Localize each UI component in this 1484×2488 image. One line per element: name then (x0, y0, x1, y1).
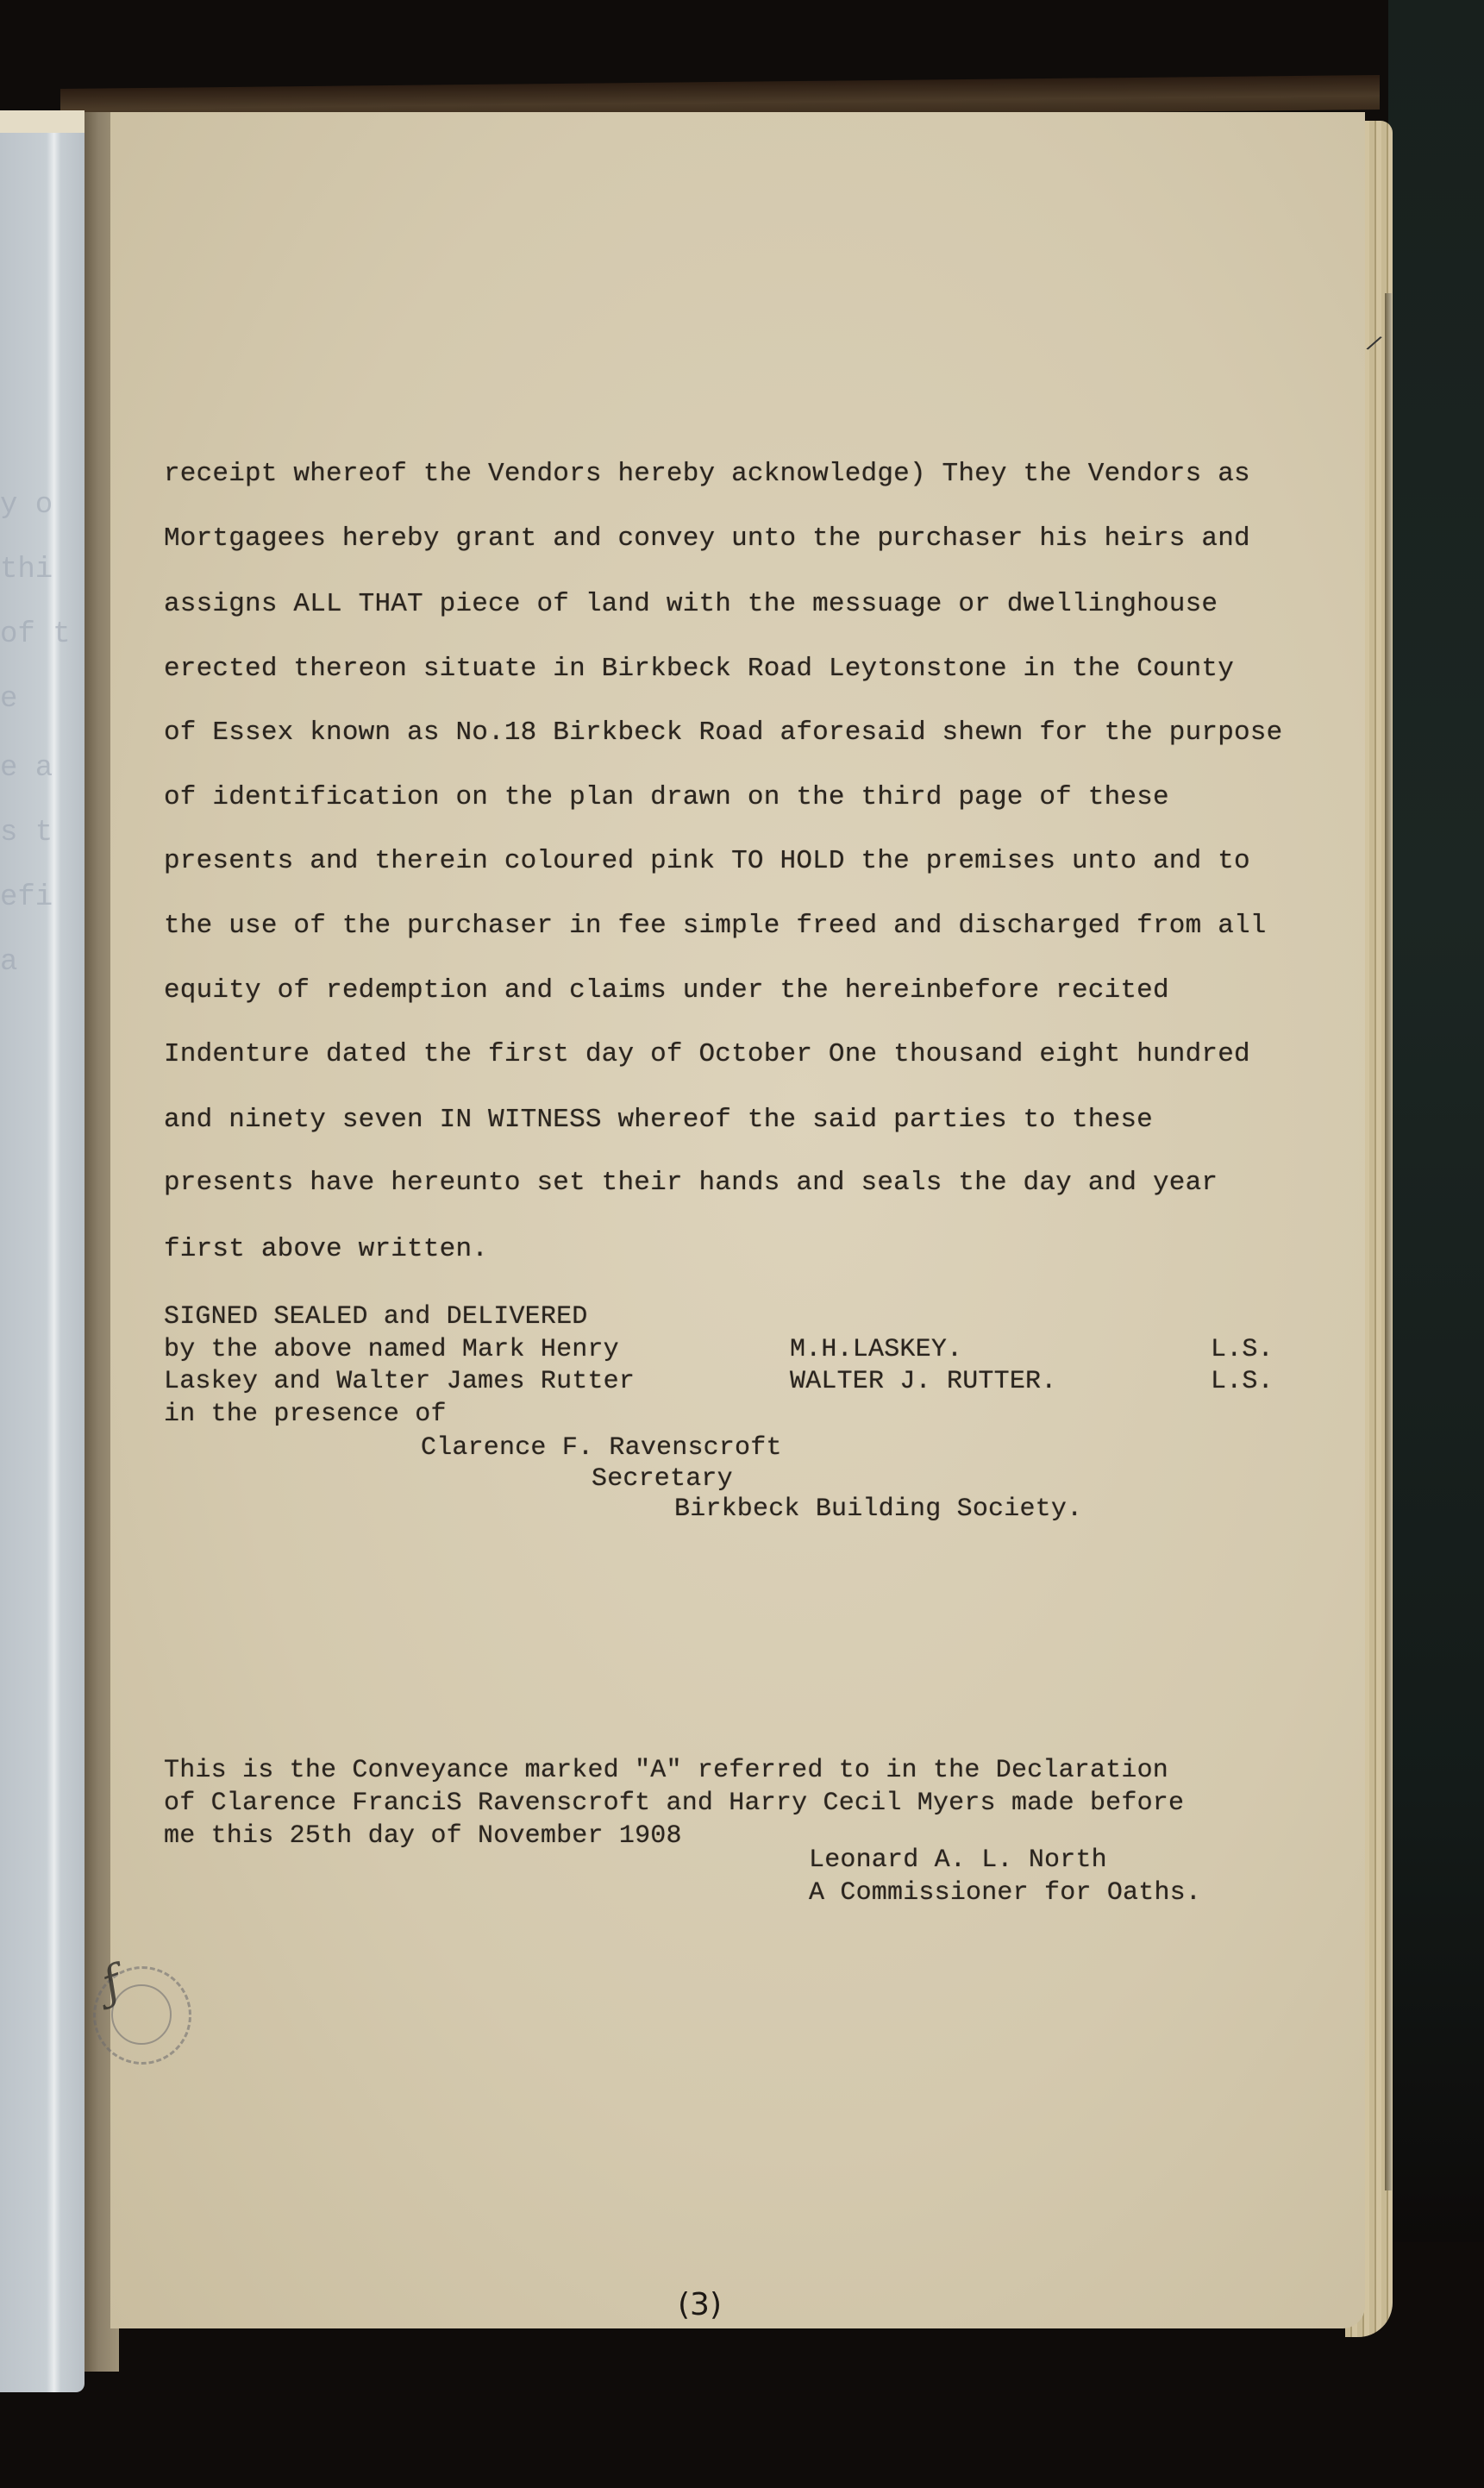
body-line: of identification on the plan drawn on t… (164, 782, 1169, 812)
commissioner-name: Leonard A. L. North (809, 1846, 1107, 1875)
body-line: of Essex known as No.18 Birkbeck Road af… (164, 718, 1282, 748)
ghost-text: e (0, 667, 85, 732)
commissioner-title: A Commissioner for Oaths. (809, 1878, 1201, 1908)
attestation-line: by the above named Mark Henry (164, 1335, 619, 1364)
ghost-text: s t (0, 801, 85, 866)
ghost-text: e a (0, 736, 85, 801)
body-line: receipt whereof the Vendors hereby ackno… (164, 459, 1250, 489)
declaration-line: me this 25th day of November 1908 (164, 1821, 682, 1851)
declaration-line: This is the Conveyance marked "A" referr… (164, 1756, 1168, 1785)
document-page (110, 112, 1365, 2328)
ghost-text: y o (0, 473, 85, 538)
ghost-text: of t (0, 603, 85, 667)
attestation-line: Laskey and Walter James Rutter (164, 1367, 635, 1396)
page-stack-shadow (1385, 293, 1392, 2190)
page-number: (3) (678, 2287, 722, 2322)
book-cover-cloth (1388, 0, 1484, 2242)
declaration-line: of Clarence FranciS Ravenscroft and Harr… (164, 1789, 1184, 1818)
ghost-text: efi (0, 866, 85, 931)
previous-page-edge: y o thi of t e e a s t efi a (0, 110, 85, 2392)
body-line: presents have hereunto set their hands a… (164, 1168, 1218, 1198)
signatory-name: M.H.LASKEY. (790, 1335, 962, 1364)
body-line: first above written. (164, 1234, 488, 1264)
signatory-name: WALTER J. RUTTER. (790, 1367, 1056, 1396)
body-line: presents and therein coloured pink TO HO… (164, 846, 1250, 876)
body-line: equity of redemption and claims under th… (164, 975, 1169, 1006)
witness-name: Clarence F. Ravenscroft (421, 1433, 782, 1463)
body-line: erected thereon situate in Birkbeck Road… (164, 654, 1234, 684)
body-line: assigns ALL THAT piece of land with the … (164, 589, 1218, 619)
body-line: Indenture dated the first day of October… (164, 1039, 1250, 1069)
body-line: and ninety seven IN WITNESS whereof the … (164, 1105, 1153, 1135)
seal-mark: L.S. (1211, 1367, 1274, 1396)
witness-organisation: Birkbeck Building Society. (674, 1495, 1082, 1524)
seal-mark: L.S. (1211, 1335, 1274, 1364)
body-line: the use of the purchaser in fee simple f… (164, 911, 1267, 941)
ghost-text: thi (0, 538, 85, 603)
attestation-line: in the presence of (164, 1400, 447, 1429)
attestation-line: SIGNED SEALED and DELIVERED (164, 1302, 587, 1332)
witness-title: Secretary (592, 1464, 733, 1494)
ghost-text: a (0, 931, 85, 995)
body-line: Mortgagees hereby grant and convey unto … (164, 523, 1250, 554)
